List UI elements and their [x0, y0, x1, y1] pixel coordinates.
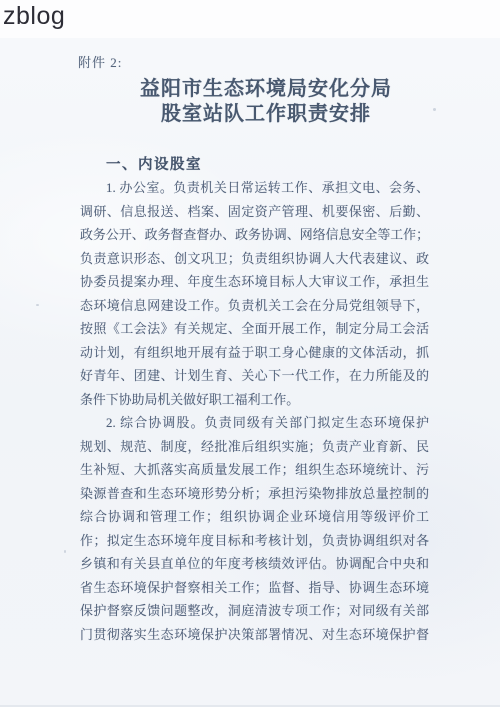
doc-line: 条件下协助局机关做好职工福利工作。 [80, 389, 429, 413]
doc-line: 规划、规范、制度，经批准后组织实施；负责产业育新、民 [80, 436, 429, 460]
doc-line: 综合协调和管理工作；组织协调企业环境信用等级评价工 [80, 506, 429, 530]
doc-line: 门贯彻落实生态环境保护决策部署情况、对生态环境保护督 [80, 624, 429, 648]
doc-line: 省生态环境保护督察相关工作；监督、指导、协调生态环境 [80, 577, 429, 601]
zblog-logo[interactable]: zblog [3, 0, 65, 32]
doc-line: 动计划，有组织地开展有益于职工身心健康的文体活动，抓 [80, 342, 429, 366]
scan-speck [433, 108, 436, 111]
doc-line: 生补短、大抓落实高质量发展工作；组织生态环境统计、污 [80, 459, 429, 483]
site-header: zblog [0, 0, 500, 38]
scan-speck [36, 304, 39, 306]
document-title: 益阳市生态环境局安化分局 股室站队工作职责安排 [80, 77, 452, 127]
document-title-line1: 益阳市生态环境局安化分局 [80, 77, 452, 102]
document-body: 1. 办公室。负责机关日常运转工作、承担文电、会务、调研、信息报送、档案、固定资… [80, 177, 429, 647]
doc-line: 协委员提案办理、年度生态环境目标人大审议工作，承担生 [80, 271, 429, 295]
attachment-label: 附件 2: [78, 52, 122, 71]
document-scan: 附件 2: 益阳市生态环境局安化分局 股室站队工作职责安排 一、内设股室 1. … [0, 38, 500, 707]
doc-line: 保护督察反馈问题整改，洞庭清波专项工作；对同级有关部 [80, 600, 429, 624]
document-title-line2: 股室站队工作职责安排 [80, 102, 452, 127]
doc-line: 政务公开、政务督查督办、政务协调、网络信息安全等工作； [80, 224, 429, 248]
doc-line: 负责意识形态、创文巩卫；负责组织协调人大代表建议、政 [80, 248, 429, 272]
doc-line: 调研、信息报送、档案、固定资产管理、机要保密、后勤、 [80, 201, 429, 225]
doc-line: 1. 办公室。负责机关日常运转工作、承担文电、会务、 [80, 177, 429, 201]
doc-line: 好青年、团建、计划生育、关心下一代工作，在力所能及的 [80, 365, 429, 389]
doc-line: 2. 综合协调股。负责同级有关部门拟定生态环境保护 [80, 412, 429, 436]
doc-line: 染源普查和生态环境形势分析；承担污染物排放总量控制的 [80, 483, 429, 507]
scan-speck [64, 550, 66, 553]
doc-line: 乡镇和有关县直单位的年度考核绩效评估。协调配合中央和 [80, 553, 429, 577]
section-heading: 一、内设股室 [106, 153, 202, 174]
doc-line: 按照《工会法》有关规定、全面开展工作，制定分局工会活 [80, 318, 429, 342]
doc-line: 态环境信息网建设工作。负责机关工会在分局党组领导下， [80, 295, 429, 319]
doc-line: 作；拟定生态环境年度目标和考核计划，负责协调组织对各 [80, 530, 429, 554]
